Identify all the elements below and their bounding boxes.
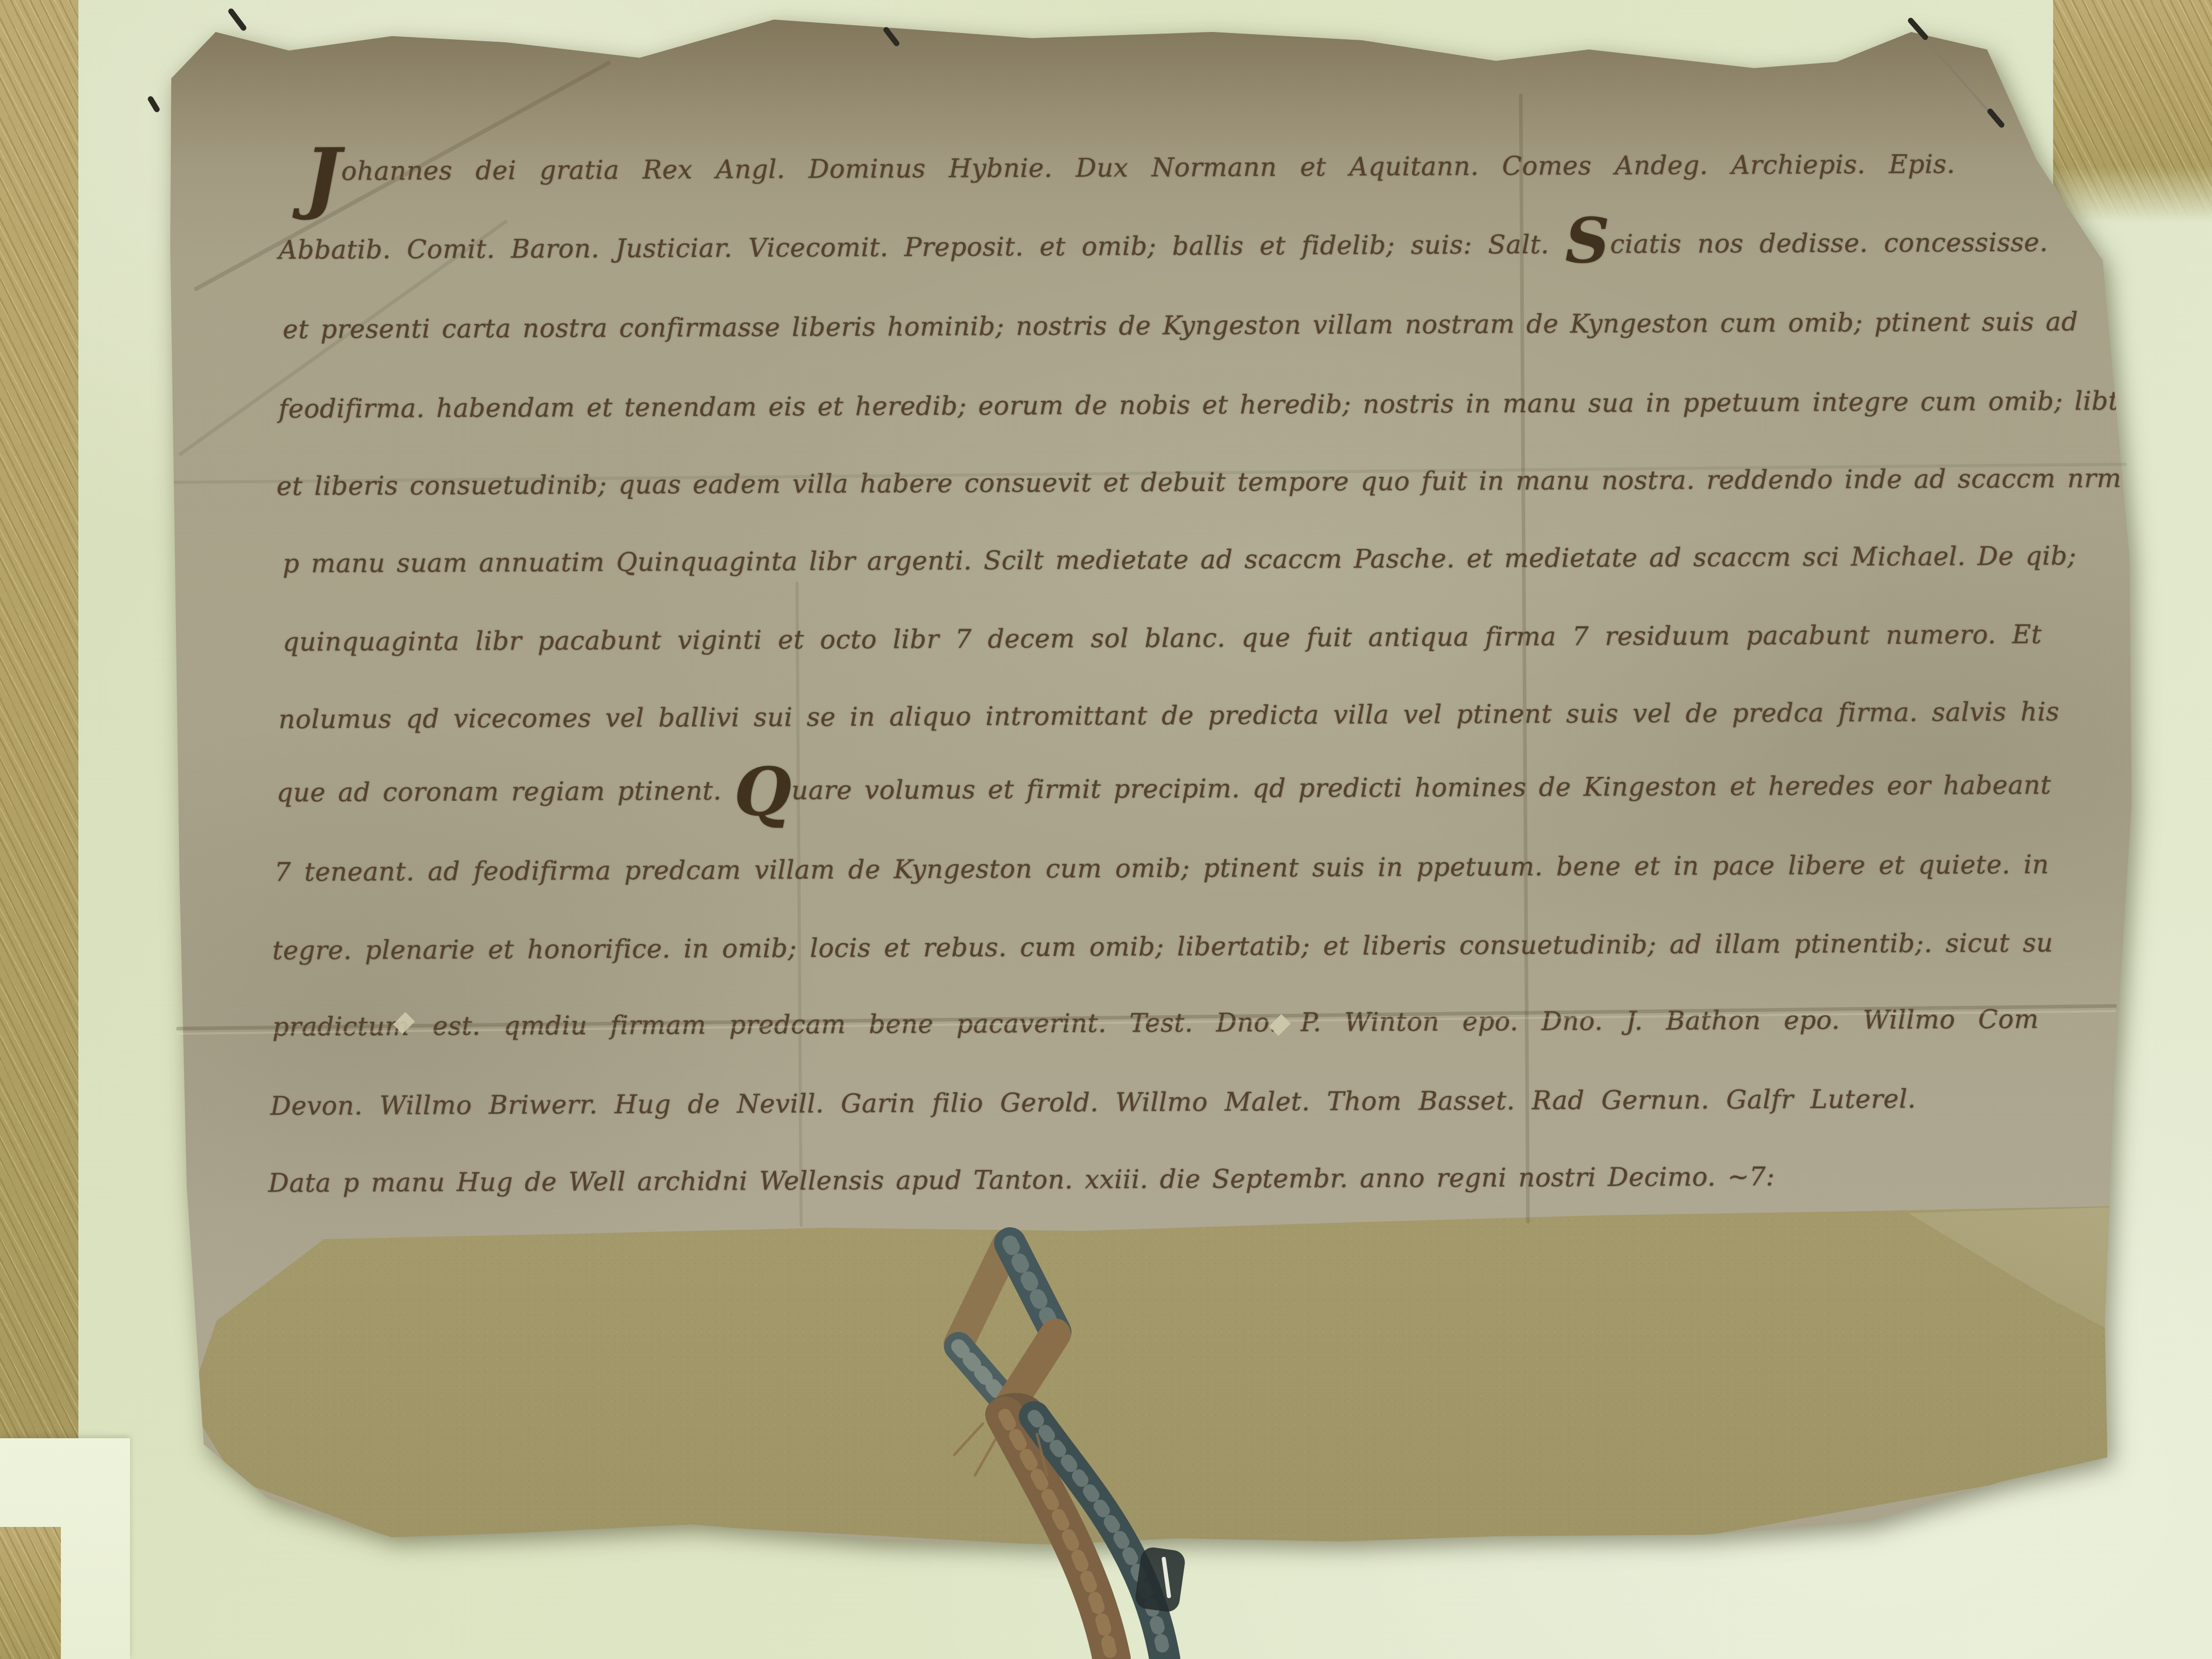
charter-line: quinquaginta libr pacabunt viginti et oc…	[283, 596, 2042, 681]
charter-line: feodifirma. habendam et tenendam eis et …	[279, 362, 2064, 447]
decorated-initial: S	[1565, 204, 1611, 277]
charter-line: Johannes dei gratia Rex Angl. Dominus Hy…	[304, 125, 1956, 210]
charter-photo: Johannes dei gratia Rex Angl. Dominus Hy…	[0, 0, 2212, 1659]
charter-line: et liberis consuetudinib; quas eadem vil…	[276, 440, 2057, 525]
charter-line: que ad coronam regiam ptinent. Quare vol…	[276, 746, 2052, 831]
parchment-wrap: Johannes dei gratia Rex Angl. Dominus Hy…	[0, 0, 2212, 1659]
charter-line: tegre. plenarie et honorifice. in omib; …	[272, 904, 2054, 989]
decorated-initial: J	[304, 132, 341, 222]
charter-line: pradictum est. qmdiu firmam predcam bene…	[272, 981, 2039, 1066]
charter-line: et presenti carta nostra confirmasse lib…	[283, 283, 2064, 368]
charter-line: Data p manu Hug de Well archidni Wellens…	[268, 1138, 1775, 1222]
decorated-initial: Q	[734, 753, 791, 831]
charter-line: 7 teneant. ad feodifirma predcam villam …	[274, 825, 2050, 910]
charter-text-block: Johannes dei gratia Rex Angl. Dominus Hy…	[0, 0, 2212, 1659]
charter-line: p manu suam annuatim Quinquaginta libr a…	[283, 517, 2053, 603]
charter-line: Devon. Willmo Briwerr. Hug de Nevill. Ga…	[270, 1060, 1916, 1145]
charter-line: nolumus qd vicecomes vel ballivi sui se …	[279, 673, 2060, 758]
charter-line: Abbatib. Comit. Baron. Justiciar. Viceco…	[279, 204, 2048, 289]
parchment: Johannes dei gratia Rex Angl. Dominus Hy…	[0, 0, 2212, 1659]
